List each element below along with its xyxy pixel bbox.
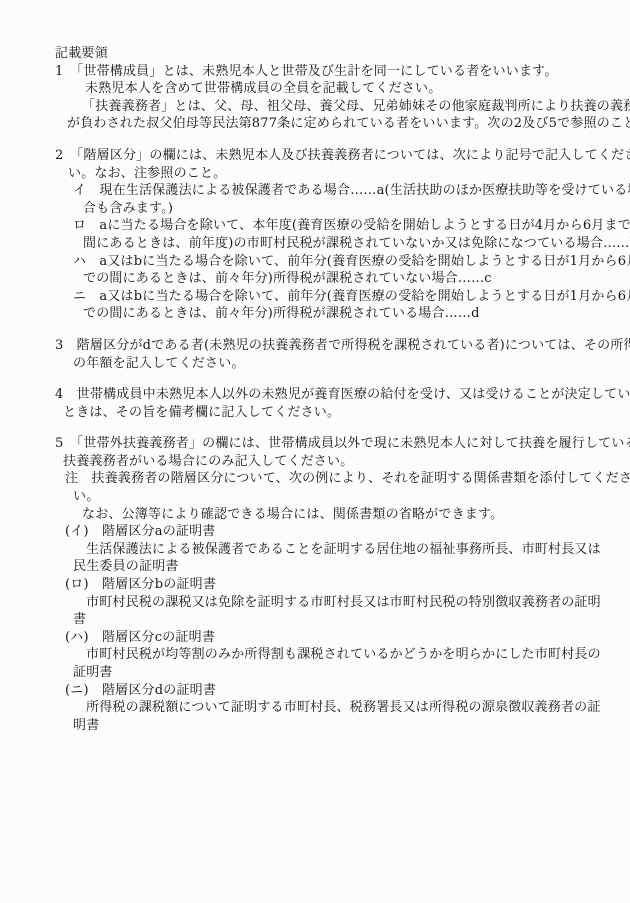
text-line: 1 「世帯構成員」とは、未熟児本人と世帯及び生計を同一にしている者をいいます。 [55, 63, 604, 81]
section-item-3: 3 階層区分がdである者(未熟児の扶養義務者で所得税を課税されている者)について… [55, 337, 604, 372]
text-line: 市町村民税が均等割のみか所得割も課税されているかどうかを明らかにした市町村長の [55, 646, 604, 664]
text-line: 2 「階層区分」の欄には、未熟児本人及び扶養義務者については、次により記号で記入… [55, 147, 604, 165]
text-line: が負わされた叔父伯母等民法第877条に定められている者をいいます。次の2及び5で… [55, 115, 604, 133]
section-item-5: 5 「世帯外扶養義務者」の欄には、世帯構成員以外で現に未熟児本人に対して扶養を履… [55, 435, 604, 734]
text-line: での間にあるときは、前々年分)所得税が課税されていない場合……c [55, 270, 604, 288]
text-line: い。 [55, 488, 604, 506]
document-sections: 1 「世帯構成員」とは、未熟児本人と世帯及び生計を同一にしている者をいいます。未… [55, 63, 604, 735]
text-line: 5 「世帯外扶養義務者」の欄には、世帯構成員以外で現に未熟児本人に対して扶養を履… [55, 435, 604, 453]
text-line: 注 扶養義務者の階層区分について、次の例により、それを証明する関係書類を添付して… [55, 470, 604, 488]
text-line: 書 [55, 611, 604, 629]
text-line: (イ) 階層区分aの証明書 [55, 523, 604, 541]
text-line: 「扶養義務者」とは、父、母、祖父母、養父母、兄弟姉妹その他家庭裁判所により扶養の… [55, 98, 604, 116]
text-line: 合も含みます。) [55, 200, 604, 218]
text-line: ハ a又はbに当たる場合を除いて、前年分(養育医療の受給を開始しようとする日が1… [55, 253, 604, 271]
text-line: 間にあるときは、前年度)の市町村民税が課税されていないか又は免除になつている場合… [55, 235, 604, 253]
document-heading: 記載要領 [55, 45, 604, 63]
section-item-4: 4 世帯構成員中未熟児本人以外の未熟児が養育医療の給付を受け、又は受けることが決… [55, 386, 604, 421]
text-line: 3 階層区分がdである者(未熟児の扶養義務者で所得税を課税されている者)について… [55, 337, 604, 355]
text-line: (ニ) 階層区分dの証明書 [55, 682, 604, 700]
text-line: 明書 [55, 717, 604, 735]
text-line: イ 現在生活保護法による被保護者である場合……a(生活扶助のほか医療扶助等を受け… [55, 182, 604, 200]
text-line: ニ a又はbに当たる場合を除いて、前年分(養育医療の受給を開始しようとする日が1… [55, 288, 604, 306]
text-line: 生活保護法による被保護者であることを証明する居住地の福祉事務所長、市町村長又は [55, 541, 604, 559]
text-line: 市町村民税の課税又は免除を証明する市町村長又は市町村民税の特別徴収義務者の証明 [55, 594, 604, 612]
text-line: ときは、その旨を備考欄に記入してください。 [55, 404, 604, 422]
text-line: い。なお、注参照のこと。 [55, 165, 604, 183]
text-line: (ハ) 階層区分cの証明書 [55, 629, 604, 647]
text-line: 未熟児本人を含めて世帯構成員の全員を記載してください。 [55, 80, 604, 98]
text-line: 証明書 [55, 664, 604, 682]
section-item-1: 1 「世帯構成員」とは、未熟児本人と世帯及び生計を同一にしている者をいいます。未… [55, 63, 604, 133]
document-page: 記載要領 1 「世帯構成員」とは、未熟児本人と世帯及び生計を同一にしている者をい… [0, 0, 630, 903]
text-line: 4 世帯構成員中未熟児本人以外の未熟児が養育医療の給付を受け、又は受けることが決… [55, 386, 604, 404]
text-line: ロ aに当たる場合を除いて、本年度(養育医療の受給を開始しようとする日が4月から… [55, 217, 604, 235]
text-line: 民生委員の証明書 [55, 558, 604, 576]
text-line: での間にあるときは、前々年分)所得税が課税されている場合……d [55, 305, 604, 323]
text-line: (ロ) 階層区分bの証明書 [55, 576, 604, 594]
text-line: の年額を記入してください。 [55, 355, 604, 373]
text-line: 所得税の課税額について証明する市町村長、税務署長又は所得税の源泉徴収義務者の証 [55, 699, 604, 717]
text-line: 扶養義務者がいる場合にのみ記入してください。 [55, 453, 604, 471]
text-line: なお、公簿等により確認できる場合には、関係書類の省略ができます。 [55, 506, 604, 524]
section-item-2: 2 「階層区分」の欄には、未熟児本人及び扶養義務者については、次により記号で記入… [55, 147, 604, 323]
